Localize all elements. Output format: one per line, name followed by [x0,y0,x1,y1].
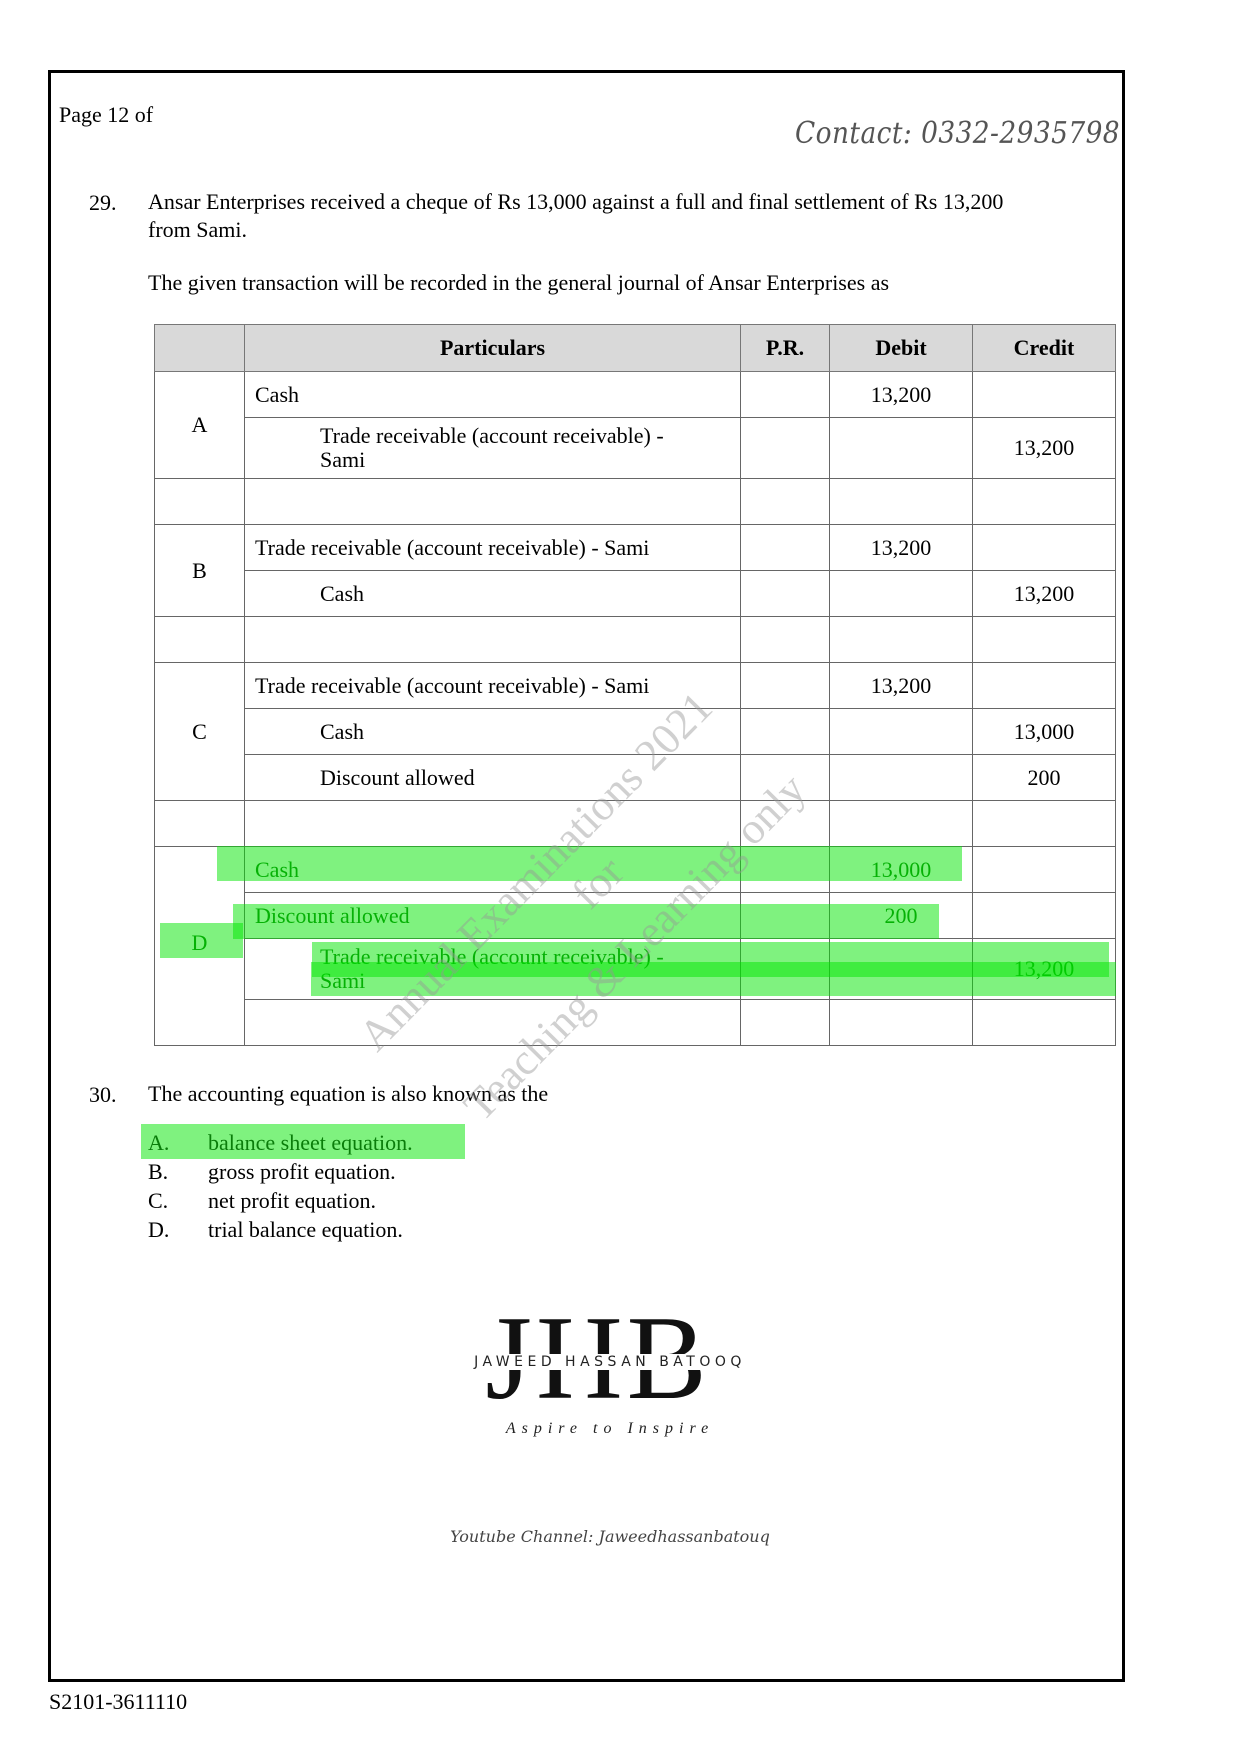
spacer-row [155,801,1116,847]
logo-name: JAWEED HASSAN BATOOQ [440,1354,780,1370]
pr-cell [741,525,830,571]
credit-cell [973,847,1116,893]
debit-cell [830,418,973,479]
spacer-row [155,617,1116,663]
option-text: trial balance equation. [208,1217,403,1242]
journal-table: Particulars P.R. Debit Credit A Cash 13,… [154,324,1115,1046]
particular: Discount allowed [245,755,741,801]
pr-cell [741,847,830,893]
contact-number: Contact: 0332-2935798 [795,116,1120,151]
youtube-channel: Youtube Channel: Jaweedhassanbatouq [440,1527,780,1546]
option-letter: D. [148,1217,208,1243]
credit-cell [973,525,1116,571]
pr-cell [741,893,830,939]
table-header-row: Particulars P.R. Debit Credit [155,325,1116,372]
table-row: Cash 13,200 [155,571,1116,617]
option-label: C [155,663,245,801]
option-c: C.net profit equation. [148,1188,376,1214]
pr-cell [741,663,830,709]
document-code: S2101-3611110 [49,1689,187,1715]
particular: Cash [245,847,741,893]
header-particulars: Particulars [245,325,741,372]
pr-cell [741,709,830,755]
header-credit: Credit [973,325,1116,372]
table-row: D Cash 13,000 [155,847,1116,893]
particular: Trade receivable (account receivable) - … [245,525,741,571]
credit-cell: 13,200 [973,939,1116,1000]
logo-tagline: Aspire to Inspire [440,1420,780,1438]
credit-cell [973,372,1116,418]
option-label: B [155,525,245,617]
spacer-row [155,1000,1116,1046]
particular: Cash [245,571,741,617]
debit-cell [830,571,973,617]
table-row: A Cash 13,200 [155,372,1116,418]
option-d: D.trial balance equation. [148,1217,403,1243]
option-letter: C. [148,1188,208,1214]
option-text: net profit equation. [208,1188,376,1213]
credit-cell: 13,200 [973,571,1116,617]
header-debit: Debit [830,325,973,372]
option-a: A.balance sheet equation. [148,1130,413,1156]
debit-cell: 13,000 [830,847,973,893]
debit-cell: 13,200 [830,372,973,418]
option-letter: A. [148,1130,208,1156]
spacer-row [155,479,1116,525]
debit-cell: 13,200 [830,663,973,709]
pr-cell [741,571,830,617]
option-text: balance sheet equation. [208,1130,413,1155]
pr-cell [741,418,830,479]
table-row: B Trade receivable (account receivable) … [155,525,1116,571]
table-row: Discount allowed 200 [155,893,1116,939]
table-row: C Trade receivable (account receivable) … [155,663,1116,709]
option-letter: B. [148,1159,208,1185]
pr-cell [741,755,830,801]
debit-cell [830,709,973,755]
question-text: Ansar Enterprises received a cheque of R… [148,188,1048,244]
particular: Trade receivable (account receivable) - … [245,418,741,479]
header-pr: P.R. [741,325,830,372]
table-row: Discount allowed 200 [155,755,1116,801]
particular: Trade receivable (account receivable) - … [245,939,741,1000]
credit-cell: 13,200 [973,418,1116,479]
particular: Discount allowed [245,893,741,939]
debit-cell: 13,200 [830,525,973,571]
option-text: gross profit equation. [208,1159,396,1184]
option-label: D [155,847,245,1046]
debit-cell: 200 [830,893,973,939]
credit-cell: 13,000 [973,709,1116,755]
question-number: 30. [89,1082,117,1108]
particular: Cash [245,372,741,418]
page-number: Page 12 of [59,102,153,128]
option-label: A [155,372,245,479]
pr-cell [741,372,830,418]
question-text: The accounting equation is also known as… [148,1080,548,1108]
particular: Trade receivable (account receivable) - … [245,663,741,709]
question-number: 29. [89,190,117,216]
credit-cell [973,893,1116,939]
credit-cell: 200 [973,755,1116,801]
debit-cell [830,939,973,1000]
table-row: Cash 13,000 [155,709,1116,755]
debit-cell [830,755,973,801]
option-b: B.gross profit equation. [148,1159,396,1185]
question-subtext: The given transaction will be recorded i… [148,270,889,296]
table-row: Trade receivable (account receivable) - … [155,939,1116,1000]
credit-cell [973,663,1116,709]
particular: Cash [245,709,741,755]
pr-cell [741,939,830,1000]
table-row: Trade receivable (account receivable) - … [155,418,1116,479]
header-option [155,325,245,372]
